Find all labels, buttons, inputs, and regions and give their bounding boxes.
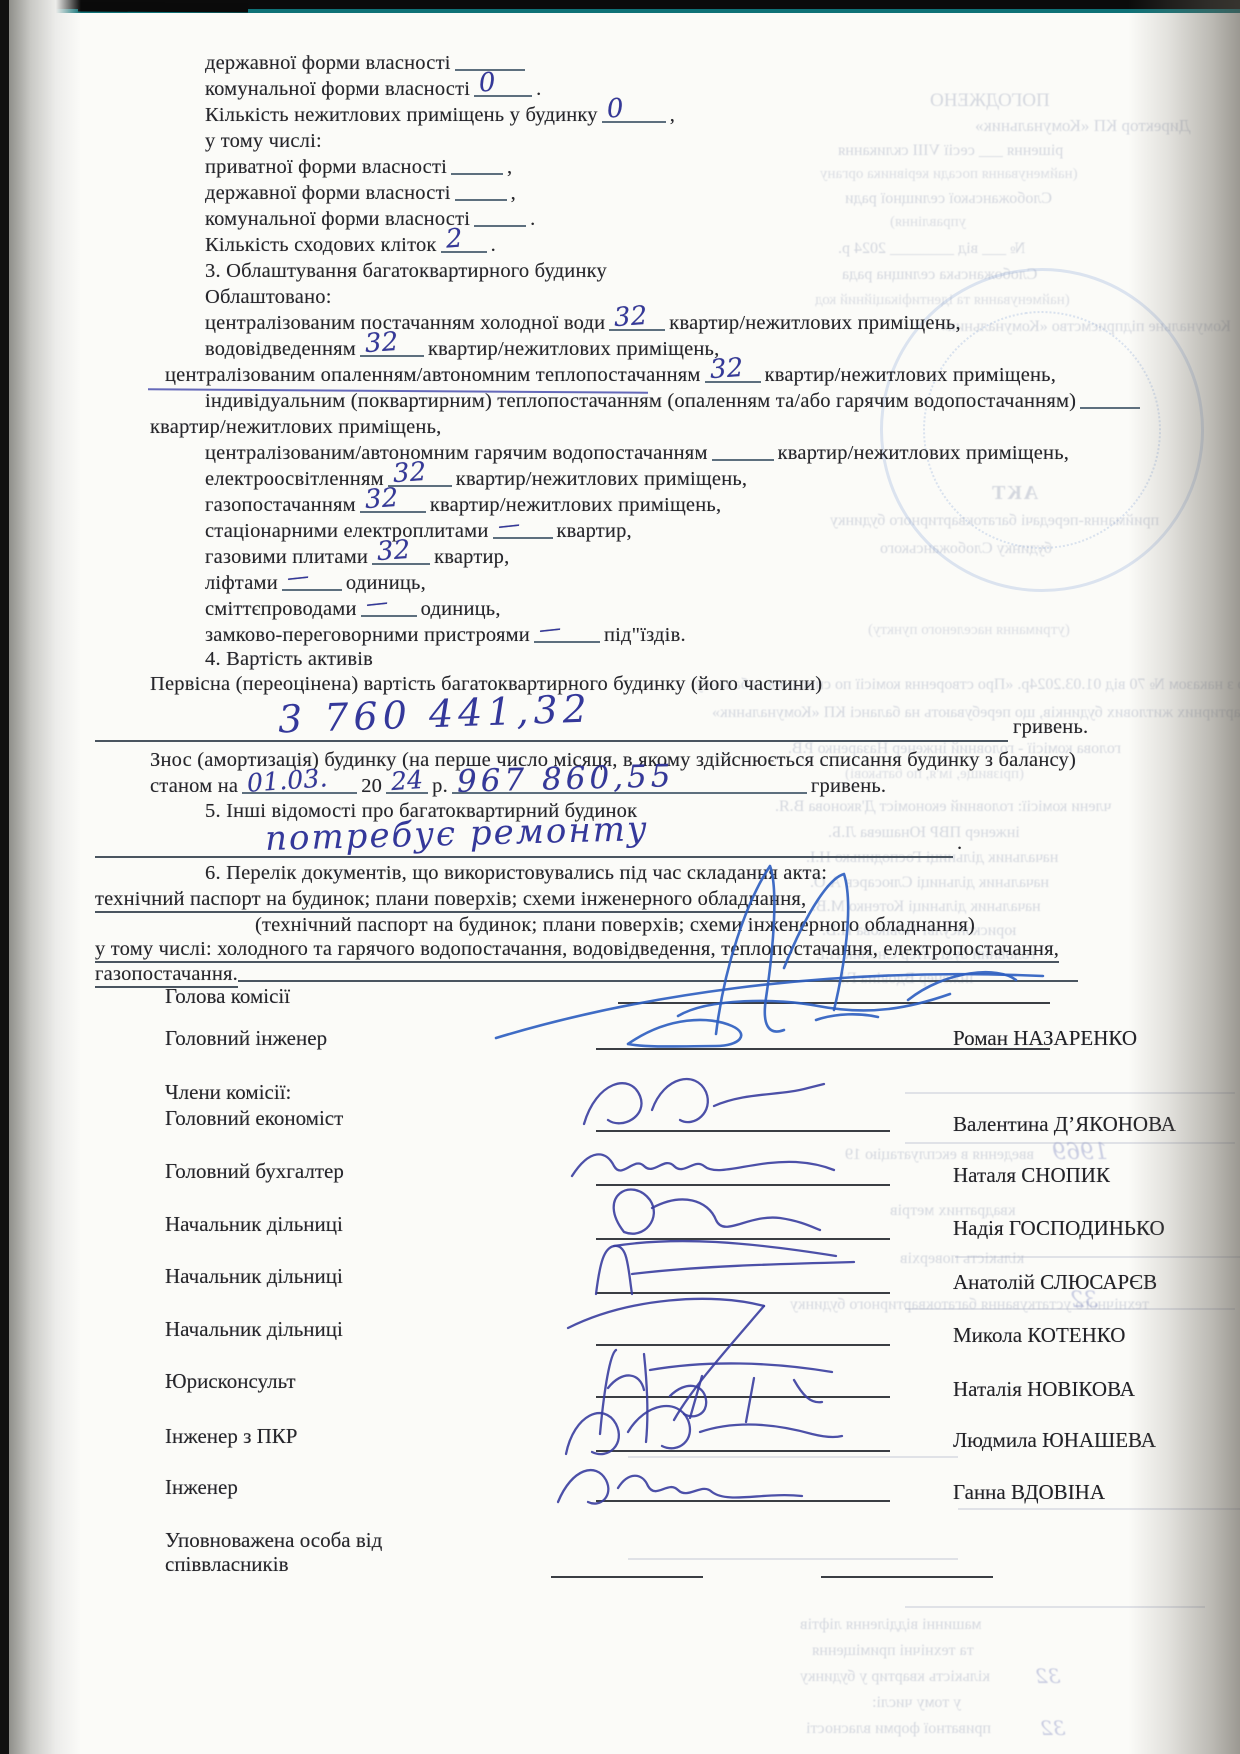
- bleedthrough-text: рішення ___ сесії VIII скликання: [838, 142, 1063, 160]
- bleedthrough-handwriting: 32: [1040, 1716, 1065, 1740]
- handwritten-dash: —: [496, 512, 521, 539]
- sig-name-yunasheva: Людмила ЮНАШЕВА: [953, 1428, 1156, 1453]
- form-line: ліфтами—одиниць,: [205, 572, 426, 596]
- blank-field: 01.03.: [242, 775, 357, 794]
- form-text: ліфтами: [205, 572, 278, 594]
- form-text: Кількість сходових кліток: [205, 234, 437, 256]
- form-text: під"їздів.: [604, 624, 686, 646]
- sig-role-authorized-person: Уповноважена особа від: [165, 1528, 382, 1553]
- form-line: централізованим постачанням холодної вод…: [205, 312, 961, 336]
- form-text: державної форми власності: [205, 182, 451, 204]
- bleedthrough-text: кількість квартир у будинку: [800, 1668, 990, 1686]
- blank-field: 32: [360, 338, 424, 357]
- bleedthrough-text: (найменування посади керівника органу: [820, 166, 1078, 183]
- form-line: газопостачанням32квартир/нежитлових прим…: [205, 494, 721, 518]
- form-section-heading: 4. Вартість активів: [205, 648, 373, 672]
- form-text: державної форми власності: [205, 52, 451, 74]
- blank-field: —: [493, 520, 553, 539]
- form-text: сміттєпроводами: [205, 598, 357, 620]
- form-text: 3. Облаштування багатоквартирного будинк…: [205, 260, 607, 282]
- form-line: комунальної форми власності.: [205, 208, 535, 232]
- sig-name-kotenko: Микола КОТЕНКО: [953, 1323, 1125, 1348]
- signature-line: [821, 1576, 993, 1578]
- handwritten-value: 32: [376, 536, 411, 568]
- handwritten-dash: —: [538, 616, 563, 643]
- handwritten-value: 32: [613, 302, 648, 334]
- form-text: квартир/нежитлових приміщень,: [778, 442, 1069, 464]
- sig-name-novikova: Наталія НОВІКОВА: [953, 1377, 1135, 1402]
- form-text: гривень.: [1013, 716, 1088, 740]
- form-text: приватної форми власності: [205, 156, 447, 178]
- form-line: сміттєпроводами—одиниць,: [205, 598, 501, 622]
- blank-field: 32: [705, 364, 761, 383]
- bleedthrough-text: приватної форми власності: [806, 1720, 991, 1738]
- handwritten-date: 01.03.: [246, 764, 329, 798]
- bleedthrough-text: ПОГОДЖЕНО: [930, 90, 1050, 112]
- bleedthrough-text: та технічні приміщення: [812, 1642, 974, 1660]
- sig-role-chief-engineer: Головний інженер: [165, 1026, 327, 1051]
- blank-field: 0: [474, 78, 532, 97]
- form-text: замково-переговорними пристроями: [205, 624, 530, 646]
- blank-field: [474, 208, 526, 227]
- form-text: ,: [507, 156, 512, 178]
- blank-field: 967 860,55: [452, 775, 807, 794]
- handwritten-dash: —: [286, 564, 311, 591]
- form-line: індивідуальним (поквартирним) теплопоста…: [205, 390, 1144, 414]
- form-text: централізованим опаленням/автономним теп…: [165, 364, 701, 386]
- sig-role-engineer: Інженер: [165, 1475, 238, 1500]
- form-text: комунальної форми власності: [205, 208, 470, 230]
- form-line: Кількість нежитлових приміщень у будинку…: [205, 104, 675, 128]
- sig-name-vdovina: Ганна ВДОВІНА: [953, 1480, 1105, 1505]
- handwritten-value: 0: [478, 69, 497, 100]
- form-line: приватної форми власності,: [205, 156, 512, 180]
- fill-in-line: [95, 740, 1008, 742]
- signature-dash: [812, 1010, 882, 1026]
- blank-field: 2: [441, 234, 487, 253]
- blank-field: 32: [372, 546, 430, 565]
- form-text: водовідведенням: [205, 338, 356, 360]
- form-line: централізованим/автономним гарячим водоп…: [205, 442, 1069, 466]
- form-text: станом на: [150, 775, 238, 797]
- signature-stroke-head: [478, 848, 1078, 1063]
- form-text: у тому числі:: [205, 130, 322, 152]
- form-text: .: [536, 78, 541, 100]
- blank-field: [451, 156, 503, 175]
- sig-name-snopyk: Наталя СНОПИК: [953, 1163, 1110, 1188]
- page-edge-gradient: [9, 0, 81, 1754]
- form-text: Кількість нежитлових приміщень у будинку: [205, 104, 598, 126]
- bleedthrough-text: введення в експлуатацію 19: [845, 1146, 1034, 1164]
- form-text: 20: [361, 775, 382, 797]
- sig-role-section-chief-1: Начальник дільниці: [165, 1212, 343, 1237]
- bleedthrough-text: машинні відділення ліфтів: [800, 1616, 982, 1634]
- form-text: гривень.: [1013, 716, 1088, 738]
- form-line: водовідведенням32квартир/нежитлових прим…: [205, 338, 719, 362]
- form-text: квартир/нежитлових приміщень,: [669, 312, 960, 334]
- form-line: станом на01.03.2024р.967 860,55гривень.: [150, 775, 886, 799]
- form-section-heading: 3. Облаштування багатоквартирного будинк…: [205, 260, 607, 284]
- bleedthrough-text: кількість поверхів: [900, 1250, 1024, 1268]
- sig-role-section-chief-3: Начальник дільниці: [165, 1317, 343, 1342]
- sig-role-head-of-commission: Голова комісії: [165, 984, 290, 1009]
- sig-role-pkr-engineer: Інженер з ПКР: [165, 1424, 298, 1449]
- commission-members-heading: Члени комісії:: [165, 1080, 291, 1105]
- bleedthrough-text: управління): [890, 214, 966, 231]
- sig-role-legal-counsel: Юрисконсульт: [165, 1369, 296, 1394]
- form-text: квартир/нежитлових приміщень,: [150, 416, 441, 438]
- scan-edge-left: [0, 0, 9, 1754]
- bleedthrough-text: (утримання населеного пункту): [868, 622, 1070, 639]
- form-text: одиниць,: [421, 598, 501, 620]
- form-line: замково-переговорними пристроями—під"їзд…: [205, 624, 686, 648]
- form-text: комунальної форми власності: [205, 78, 470, 100]
- handwritten-value: 32: [364, 484, 399, 516]
- form-text: стаціонарними електроплитами: [205, 520, 489, 542]
- form-text: централізованим/автономним гарячим водоп…: [205, 442, 708, 464]
- form-line: Кількість сходових кліток2.: [205, 234, 496, 258]
- form-text: централізованим постачанням холодної вод…: [205, 312, 605, 334]
- bleedthrough-text: (найменування та ідентифікаційний код: [815, 292, 1070, 309]
- bleedthrough-text: № ___ від ________ 2024 р.: [838, 240, 1025, 258]
- form-line: Облаштовано:: [205, 286, 332, 310]
- form-text: квартир/нежитлових приміщень,: [428, 338, 719, 360]
- form-text: .: [530, 208, 535, 230]
- form-line: електроосвітленням32квартир/нежитлових п…: [205, 468, 747, 492]
- form-text: електроосвітленням: [205, 468, 384, 490]
- bleedthrough-text: будинку Слобожанського: [880, 540, 1052, 558]
- form-text: квартир,: [557, 520, 632, 542]
- signature-line: [551, 1576, 703, 1578]
- form-line: державної форми власності,: [205, 182, 516, 206]
- bleedthrough-text: приймання-передачі багатоквартирного буд…: [830, 512, 1159, 530]
- form-text: ,: [670, 104, 675, 126]
- sig-role-section-chief-2: Начальник дільниці: [165, 1264, 343, 1289]
- blank-field: [455, 182, 507, 201]
- handwritten-amount: 967 860,55: [456, 760, 674, 801]
- form-text: Облаштовано:: [205, 286, 332, 308]
- blank-field: 24: [386, 775, 428, 794]
- form-text: квартир/нежитлових приміщень,: [765, 364, 1056, 386]
- sig-role-chief-economist: Головний економіст: [165, 1106, 343, 1131]
- signature-stroke-engineer: [540, 1448, 860, 1518]
- form-line: газовими плитами32квартир,: [205, 546, 509, 570]
- form-text: 4. Вартість активів: [205, 648, 373, 670]
- bleedthrough-handwriting: 32: [1035, 1664, 1060, 1688]
- sig-name-slyusarev: Анатолій СЛЮСАРЄВ: [953, 1270, 1157, 1295]
- form-line: комунальної форми власності0.: [205, 78, 541, 102]
- blank-field: —: [282, 572, 342, 591]
- form-line: централізованим опаленням/автономним теп…: [165, 364, 1056, 388]
- blank-field: [712, 442, 774, 461]
- handwritten-value: 0: [606, 95, 625, 126]
- blank-field: 0: [602, 104, 666, 123]
- bleedthrough-text: Слобожанська селищна рада: [842, 266, 1037, 284]
- scanned-document-page: { "form": { "rows": [ {"pre":"державної …: [0, 0, 1240, 1754]
- form-text: р.: [432, 775, 448, 797]
- bleedthrough-text: члени комісії: головний економіст Д'якон…: [775, 798, 1112, 816]
- form-text: гривень.: [811, 775, 886, 797]
- form-text: газовими плитами: [205, 546, 368, 568]
- bleedthrough-line: [628, 1558, 958, 1560]
- handwritten-value: 2: [445, 225, 464, 256]
- form-text: ,: [511, 182, 516, 204]
- form-text: газопостачанням: [205, 494, 356, 516]
- scan-shadow-right: [1128, 0, 1240, 1754]
- form-line: у тому числі:: [205, 130, 322, 154]
- bleedthrough-text: Слобожанської селищної ради: [845, 190, 1052, 208]
- form-text: квартир/нежитлових приміщень,: [456, 468, 747, 490]
- blank-field: —: [361, 598, 417, 617]
- handwritten-dash: —: [364, 590, 389, 617]
- sig-role-chief-accountant: Головний бухгалтер: [165, 1159, 344, 1184]
- bleedthrough-text: АКТ: [990, 482, 1038, 505]
- blank-field: 32: [609, 312, 665, 331]
- form-line: квартир/нежитлових приміщень,: [150, 416, 441, 440]
- handwritten-year: 24: [390, 766, 424, 797]
- bleedthrough-text: у тому числі:: [872, 1694, 961, 1712]
- bleedthrough-text: інженер ПВР Юнашева Л.Б.: [828, 824, 1020, 842]
- form-line: стаціонарними електроплитами—квартир,: [205, 520, 632, 544]
- blank-field: —: [534, 624, 600, 643]
- blank-field: 32: [360, 494, 426, 513]
- form-text: квартир/нежитлових приміщень,: [430, 494, 721, 516]
- handwritten-value: 32: [364, 328, 399, 360]
- scan-edge-wedge: [78, 3, 248, 13]
- handwritten-value: 32: [709, 354, 744, 386]
- sig-role-authorized-person-2: співвласників: [165, 1552, 289, 1577]
- form-text: .: [491, 234, 496, 256]
- form-text: квартир,: [434, 546, 509, 568]
